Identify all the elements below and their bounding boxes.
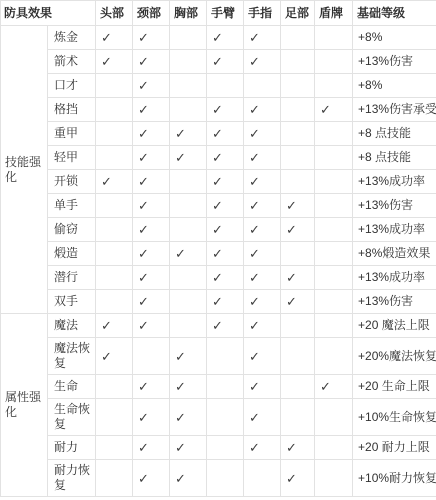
- slot-header-5: 足部: [281, 1, 315, 26]
- check-cell-empty: [315, 194, 353, 218]
- skill-name-cell: 开锁: [48, 170, 96, 194]
- check-icon: ✓: [207, 218, 244, 242]
- group-label-cell: 属性强化: [1, 314, 48, 497]
- check-cell-empty: [170, 266, 207, 290]
- check-cell-empty: [96, 122, 133, 146]
- skill-name-cell: 潜行: [48, 266, 96, 290]
- table-row: 开锁✓✓✓✓+13%成功率: [1, 170, 436, 194]
- check-cell-empty: [315, 460, 353, 497]
- check-icon: ✓: [133, 375, 170, 399]
- check-icon: ✓: [133, 314, 170, 338]
- check-icon: ✓: [244, 146, 281, 170]
- skill-name-cell: 箭术: [48, 50, 96, 74]
- check-cell-empty: [96, 194, 133, 218]
- check-cell-empty: [315, 74, 353, 98]
- check-cell-empty: [170, 26, 207, 50]
- table-row: 耐力✓✓✓✓+20 耐力上限: [1, 436, 436, 460]
- check-icon: ✓: [133, 290, 170, 314]
- level-value-cell: +13%伤害承受: [353, 98, 436, 122]
- check-cell-empty: [207, 74, 244, 98]
- slot-header-2: 胸部: [170, 1, 207, 26]
- level-value-cell: +8%: [353, 26, 436, 50]
- check-icon: ✓: [133, 242, 170, 266]
- check-cell-empty: [281, 74, 315, 98]
- table-row: 耐力恢复✓✓✓+10%耐力恢复: [1, 460, 436, 497]
- check-cell-empty: [170, 218, 207, 242]
- check-cell-empty: [170, 50, 207, 74]
- check-icon: ✓: [244, 399, 281, 436]
- check-cell-empty: [207, 436, 244, 460]
- check-icon: ✓: [170, 242, 207, 266]
- check-cell-empty: [96, 242, 133, 266]
- check-cell-empty: [281, 98, 315, 122]
- check-cell-empty: [281, 122, 315, 146]
- check-cell-empty: [315, 290, 353, 314]
- check-icon: ✓: [207, 98, 244, 122]
- check-icon: ✓: [244, 375, 281, 399]
- table-body: 技能强化炼金✓✓✓✓+8%箭术✓✓✓✓+13%伤害口才✓+8%格挡✓✓✓✓+13…: [1, 26, 436, 497]
- check-cell-empty: [96, 266, 133, 290]
- check-icon: ✓: [133, 146, 170, 170]
- level-value-cell: +13%成功率: [353, 170, 436, 194]
- check-cell-empty: [315, 26, 353, 50]
- check-icon: ✓: [96, 170, 133, 194]
- check-cell-empty: [96, 74, 133, 98]
- check-cell-empty: [96, 436, 133, 460]
- check-cell-empty: [207, 460, 244, 497]
- check-cell-empty: [315, 399, 353, 436]
- check-cell-empty: [96, 290, 133, 314]
- check-cell-empty: [170, 170, 207, 194]
- table-row: 偷窃✓✓✓✓+13%成功率: [1, 218, 436, 242]
- skill-name-cell: 重甲: [48, 122, 96, 146]
- check-cell-empty: [281, 338, 315, 375]
- check-icon: ✓: [244, 314, 281, 338]
- check-cell-empty: [281, 146, 315, 170]
- check-cell-empty: [315, 242, 353, 266]
- check-cell-empty: [170, 314, 207, 338]
- table-row: 口才✓+8%: [1, 74, 436, 98]
- check-cell-empty: [315, 436, 353, 460]
- table-row: 双手✓✓✓✓+13%伤害: [1, 290, 436, 314]
- skill-name-cell: 生命: [48, 375, 96, 399]
- level-value-cell: +13%成功率: [353, 266, 436, 290]
- check-icon: ✓: [244, 242, 281, 266]
- table-row: 单手✓✓✓✓+13%伤害: [1, 194, 436, 218]
- table-row: 魔法恢复✓✓✓+20%魔法恢复: [1, 338, 436, 375]
- check-cell-empty: [170, 98, 207, 122]
- check-icon: ✓: [207, 314, 244, 338]
- level-value-cell: +13%伤害: [353, 194, 436, 218]
- group-label-cell: 技能强化: [1, 26, 48, 314]
- skill-name-cell: 炼金: [48, 26, 96, 50]
- slot-header-3: 手臂: [207, 1, 244, 26]
- check-icon: ✓: [96, 314, 133, 338]
- skill-name-cell: 耐力: [48, 436, 96, 460]
- armor-effects-panel: 防具效果头部颈部胸部手臂手指足部盾牌基础等级 技能强化炼金✓✓✓✓+8%箭术✓✓…: [0, 0, 436, 500]
- check-cell-empty: [133, 338, 170, 375]
- check-cell-empty: [281, 242, 315, 266]
- skill-name-cell: 双手: [48, 290, 96, 314]
- level-value-cell: +20%魔法恢复: [353, 338, 436, 375]
- check-icon: ✓: [244, 194, 281, 218]
- check-icon: ✓: [133, 460, 170, 497]
- check-cell-empty: [96, 460, 133, 497]
- table-row: 轻甲✓✓✓✓+8 点技能: [1, 146, 436, 170]
- check-cell-empty: [170, 194, 207, 218]
- check-icon: ✓: [281, 460, 315, 497]
- skill-name-cell: 耐力恢复: [48, 460, 96, 497]
- check-icon: ✓: [170, 436, 207, 460]
- check-cell-empty: [170, 290, 207, 314]
- slot-header-1: 颈部: [133, 1, 170, 26]
- check-icon: ✓: [244, 122, 281, 146]
- check-icon: ✓: [170, 338, 207, 375]
- slot-header-4: 手指: [244, 1, 281, 26]
- check-icon: ✓: [96, 338, 133, 375]
- check-icon: ✓: [170, 399, 207, 436]
- level-value-cell: +8 点技能: [353, 122, 436, 146]
- level-value-cell: +8%煅造效果: [353, 242, 436, 266]
- check-cell-empty: [96, 375, 133, 399]
- check-icon: ✓: [244, 50, 281, 74]
- skill-name-cell: 单手: [48, 194, 96, 218]
- check-icon: ✓: [133, 194, 170, 218]
- table-row: 潜行✓✓✓✓+13%成功率: [1, 266, 436, 290]
- check-cell-empty: [315, 50, 353, 74]
- header-row: 防具效果头部颈部胸部手臂手指足部盾牌基础等级: [1, 1, 436, 26]
- level-value-cell: +13%伤害: [353, 290, 436, 314]
- check-icon: ✓: [133, 170, 170, 194]
- check-cell-empty: [244, 74, 281, 98]
- skill-name-cell: 魔法: [48, 314, 96, 338]
- level-value-cell: +13%伤害: [353, 50, 436, 74]
- level-value-cell: +13%成功率: [353, 218, 436, 242]
- check-icon: ✓: [281, 290, 315, 314]
- check-cell-empty: [96, 146, 133, 170]
- level-value-cell: +20 生命上限: [353, 375, 436, 399]
- check-icon: ✓: [133, 399, 170, 436]
- table-row: 格挡✓✓✓✓+13%伤害承受: [1, 98, 436, 122]
- skill-name-cell: 格挡: [48, 98, 96, 122]
- skill-name-cell: 生命恢复: [48, 399, 96, 436]
- check-icon: ✓: [244, 436, 281, 460]
- check-icon: ✓: [207, 290, 244, 314]
- check-icon: ✓: [244, 266, 281, 290]
- check-cell-empty: [315, 338, 353, 375]
- level-value-cell: +20 魔法上限: [353, 314, 436, 338]
- check-icon: ✓: [281, 218, 315, 242]
- level-value-cell: +8 点技能: [353, 146, 436, 170]
- check-cell-empty: [281, 170, 315, 194]
- check-cell-empty: [315, 218, 353, 242]
- check-icon: ✓: [170, 122, 207, 146]
- check-icon: ✓: [133, 122, 170, 146]
- skill-name-cell: 偷窃: [48, 218, 96, 242]
- check-icon: ✓: [133, 266, 170, 290]
- check-icon: ✓: [244, 338, 281, 375]
- check-icon: ✓: [315, 98, 353, 122]
- check-icon: ✓: [133, 436, 170, 460]
- check-icon: ✓: [96, 50, 133, 74]
- check-cell-empty: [170, 74, 207, 98]
- check-icon: ✓: [244, 170, 281, 194]
- table-row: 煅造✓✓✓✓+8%煅造效果: [1, 242, 436, 266]
- check-icon: ✓: [281, 266, 315, 290]
- check-icon: ✓: [315, 375, 353, 399]
- table-row: 技能强化炼金✓✓✓✓+8%: [1, 26, 436, 50]
- check-cell-empty: [281, 375, 315, 399]
- level-value-cell: +10%耐力恢复: [353, 460, 436, 497]
- check-cell-empty: [281, 26, 315, 50]
- check-cell-empty: [244, 460, 281, 497]
- table-row: 生命恢复✓✓✓+10%生命恢复: [1, 399, 436, 436]
- table-row: 生命✓✓✓✓+20 生命上限: [1, 375, 436, 399]
- corner-header-label: 防具效果: [1, 1, 96, 26]
- level-value-cell: +20 耐力上限: [353, 436, 436, 460]
- skill-name-cell: 轻甲: [48, 146, 96, 170]
- check-cell-empty: [207, 338, 244, 375]
- check-icon: ✓: [170, 146, 207, 170]
- table-row: 箭术✓✓✓✓+13%伤害: [1, 50, 436, 74]
- check-cell-empty: [315, 146, 353, 170]
- check-icon: ✓: [133, 26, 170, 50]
- check-icon: ✓: [133, 50, 170, 74]
- skill-name-cell: 魔法恢复: [48, 338, 96, 375]
- level-header: 基础等级: [353, 1, 436, 26]
- check-cell-empty: [281, 50, 315, 74]
- skill-name-cell: 口才: [48, 74, 96, 98]
- check-icon: ✓: [207, 242, 244, 266]
- check-icon: ✓: [133, 98, 170, 122]
- check-icon: ✓: [244, 98, 281, 122]
- check-icon: ✓: [207, 194, 244, 218]
- check-icon: ✓: [133, 74, 170, 98]
- check-cell-empty: [315, 122, 353, 146]
- check-icon: ✓: [207, 170, 244, 194]
- check-cell-empty: [96, 399, 133, 436]
- check-cell-empty: [315, 314, 353, 338]
- check-icon: ✓: [207, 122, 244, 146]
- check-icon: ✓: [281, 194, 315, 218]
- check-icon: ✓: [207, 50, 244, 74]
- check-cell-empty: [315, 170, 353, 194]
- check-cell-empty: [315, 266, 353, 290]
- check-cell-empty: [96, 98, 133, 122]
- check-icon: ✓: [207, 26, 244, 50]
- slot-header-0: 头部: [96, 1, 133, 26]
- check-cell-empty: [281, 399, 315, 436]
- check-icon: ✓: [244, 218, 281, 242]
- check-icon: ✓: [207, 266, 244, 290]
- check-icon: ✓: [96, 26, 133, 50]
- check-icon: ✓: [170, 460, 207, 497]
- check-cell-empty: [207, 399, 244, 436]
- slot-header-6: 盾牌: [315, 1, 353, 26]
- skill-name-cell: 煅造: [48, 242, 96, 266]
- armor-effects-table: 防具效果头部颈部胸部手臂手指足部盾牌基础等级 技能强化炼金✓✓✓✓+8%箭术✓✓…: [0, 0, 436, 497]
- check-icon: ✓: [170, 375, 207, 399]
- level-value-cell: +8%: [353, 74, 436, 98]
- check-icon: ✓: [281, 436, 315, 460]
- check-icon: ✓: [244, 26, 281, 50]
- check-cell-empty: [96, 218, 133, 242]
- check-cell-empty: [281, 314, 315, 338]
- table-row: 属性强化魔法✓✓✓✓+20 魔法上限: [1, 314, 436, 338]
- check-icon: ✓: [207, 146, 244, 170]
- check-cell-empty: [207, 375, 244, 399]
- check-icon: ✓: [244, 290, 281, 314]
- check-icon: ✓: [133, 218, 170, 242]
- table-row: 重甲✓✓✓✓+8 点技能: [1, 122, 436, 146]
- level-value-cell: +10%生命恢复: [353, 399, 436, 436]
